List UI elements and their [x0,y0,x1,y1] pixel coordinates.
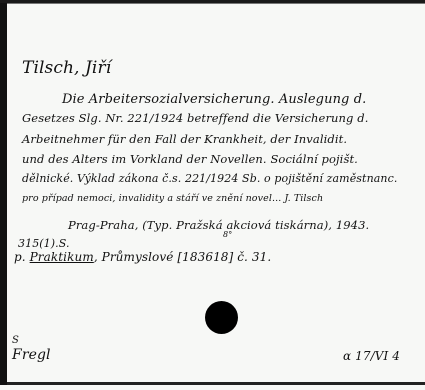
title-line-1: Die Arbeitersozialversicherung. Auslegun… [62,92,366,107]
card-left-edge [0,0,7,390]
title-line-2: Gesetzes Slg. Nr. 221/1924 betreffend di… [22,111,369,125]
call-number: 315(1).S. [18,237,70,250]
title-line-6: pro případ nemoci, invalidity a stáří ve… [22,193,323,204]
series-line: p. Praktikum, Průmyslové [183618] č. 31. [14,250,271,264]
punch-hole [205,301,238,334]
signature-mark: S [12,335,19,346]
series-name: Praktikum [30,250,94,264]
format-note: 8° [223,230,232,239]
series-rest: , Průmyslové [183618] č. 31. [94,250,271,264]
background-strip [0,385,425,390]
title-line-5: dělnické. Výklad zákona č.s. 221/1924 Sb… [22,172,397,185]
date-mark: α 17/VI 4 [343,349,400,363]
cataloger-signature: Fregl [12,347,51,363]
series-prefix: p. [14,250,26,264]
imprint-line: Prag-Praha, (Typ. Pražská akciová tiskár… [68,218,382,232]
author-heading: Tilsch, Jiří [22,58,111,78]
title-line-4: und des Alters im Vorkland der Novellen.… [22,152,358,166]
card-top-edge-shadow [7,3,425,4]
imprint-text: Prag-Praha, (Typ. Pražská akciová tiskár… [68,218,369,232]
title-line-3: Arbeitnehmer für den Fall der Krankheit,… [22,132,347,146]
